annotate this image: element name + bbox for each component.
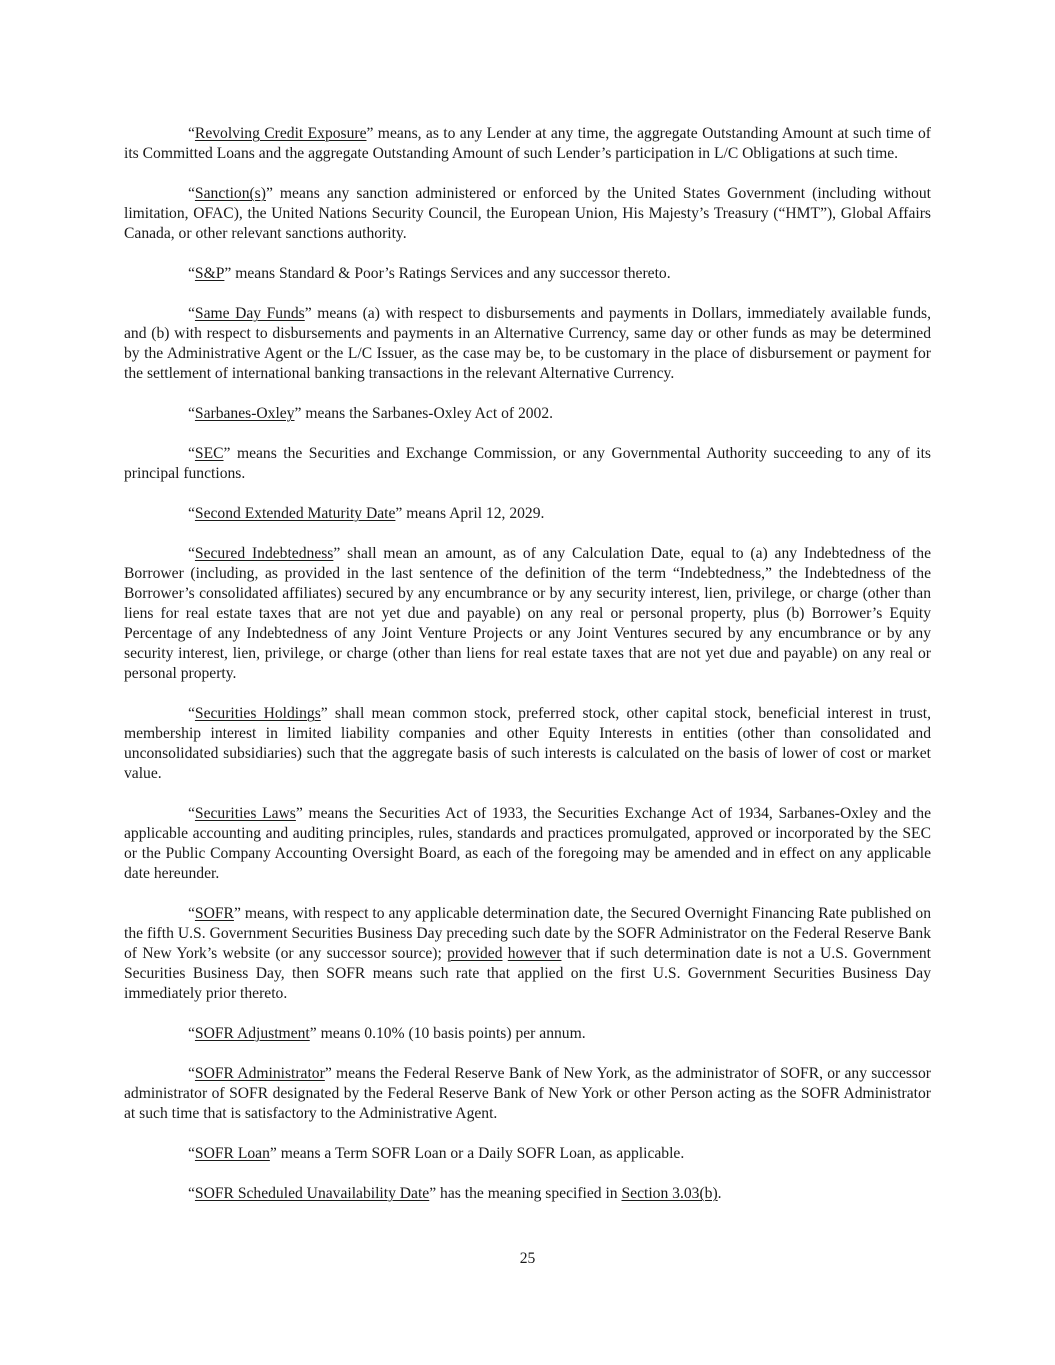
defined-term: SEC [195, 445, 224, 462]
defined-term: Sanction(s) [195, 185, 266, 202]
definition-text: ” means Standard & Poor’s Ratings Servic… [224, 265, 670, 282]
document-page: “Revolving Credit Exposure” means, as to… [124, 124, 931, 1224]
definition-text: ” means the Sarbanes-Oxley Act of 2002. [295, 405, 554, 422]
definition-revolving-credit-exposure: “Revolving Credit Exposure” means, as to… [124, 124, 931, 164]
definition-text: ” means a Term SOFR Loan or a Daily SOFR… [270, 1145, 684, 1162]
definition-securities-holdings: “Securities Holdings” shall mean common … [124, 704, 931, 784]
section-reference-link[interactable]: Section 3.03(b) [622, 1185, 718, 1202]
definition-sarbanes-oxley: “Sarbanes-Oxley” means the Sarbanes-Oxle… [124, 404, 931, 424]
definition-same-day-funds: “Same Day Funds” means (a) with respect … [124, 304, 931, 384]
definition-second-extended-maturity-date: “Second Extended Maturity Date” means Ap… [124, 504, 931, 524]
definition-secured-indebtedness: “Secured Indebtedness” shall mean an amo… [124, 544, 931, 684]
defined-term: SOFR Loan [195, 1145, 270, 1162]
definition-sofr-adjustment: “SOFR Adjustment” means 0.10% (10 basis … [124, 1024, 931, 1044]
defined-term: Same Day Funds [195, 305, 305, 322]
defined-term: SOFR Administrator [195, 1065, 325, 1082]
definition-sanctions: “Sanction(s)” means any sanction adminis… [124, 184, 931, 244]
definition-securities-laws: “Securities Laws” means the Securities A… [124, 804, 931, 884]
definition-text: ” means 0.10% (10 basis points) per annu… [310, 1025, 586, 1042]
defined-term: SOFR Adjustment [195, 1025, 310, 1042]
definition-text: ” shall mean an amount, as of any Calcul… [124, 545, 931, 682]
defined-term: Securities Holdings [195, 705, 321, 722]
defined-term: SOFR Scheduled Unavailability Date [195, 1185, 429, 1202]
definition-sofr-administrator: “SOFR Administrator” means the Federal R… [124, 1064, 931, 1124]
definition-text: ” means April 12, 2029. [395, 505, 544, 522]
definition-text: ” means the Securities and Exchange Comm… [124, 445, 931, 482]
defined-term: Secured Indebtedness [195, 545, 333, 562]
defined-term: Revolving Credit Exposure [195, 125, 367, 142]
definition-text: ” has the meaning specified in [429, 1185, 621, 1202]
definition-sofr-loan: “SOFR Loan” means a Term SOFR Loan or a … [124, 1144, 931, 1164]
however-keyword: however [508, 945, 562, 962]
defined-term: S&P [195, 265, 224, 282]
defined-term: Second Extended Maturity Date [195, 505, 396, 522]
definition-sec: “SEC” means the Securities and Exchange … [124, 444, 931, 484]
definition-sofr-scheduled-unavailability-date: “SOFR Scheduled Unavailability Date” has… [124, 1184, 931, 1204]
defined-term: SOFR [195, 905, 234, 922]
provided-keyword: provided [447, 945, 502, 962]
definition-sofr: “SOFR” means, with respect to any applic… [124, 904, 931, 1004]
defined-term: Sarbanes-Oxley [195, 405, 295, 422]
page-number: 25 [0, 1250, 1055, 1268]
definition-s-and-p: “S&P” means Standard & Poor’s Ratings Se… [124, 264, 931, 284]
defined-term: Securities Laws [195, 805, 296, 822]
